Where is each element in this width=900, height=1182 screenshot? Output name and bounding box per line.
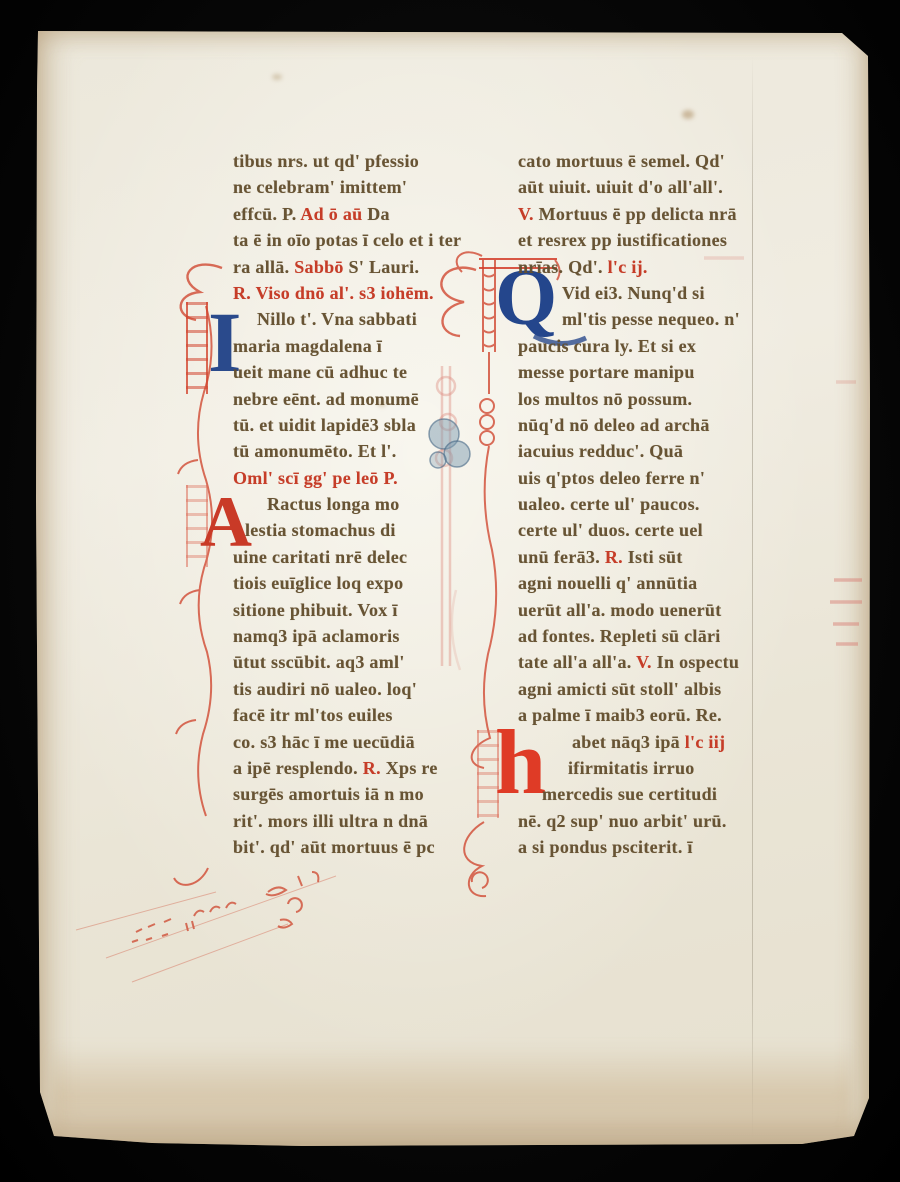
text-line: ūtut sscūbit. aq3 aml' — [233, 649, 478, 675]
body-text: Mortuus ē pp delicta nrā — [539, 204, 737, 224]
body-text: tis audiri nō ualeo. loq' — [233, 679, 417, 699]
text-line: messe portare manipu — [518, 359, 784, 385]
text-line: V. Mortuus ē pp delicta nrā — [518, 201, 784, 227]
red-pen-trial-marks — [132, 872, 318, 942]
text-line: et resrex pp iustificationes — [518, 227, 784, 253]
body-text: ta ē in oīo potas ī celo et i ter — [233, 230, 461, 250]
stain-spot — [272, 74, 282, 80]
text-line: lestia stomachus di — [233, 517, 478, 543]
body-text: unū ferā3. — [518, 547, 605, 567]
rubric-text: l'c ij. — [608, 257, 648, 277]
text-line: a palme ī maib3 eorū. Re. — [518, 702, 784, 728]
text-line: iacuius redduc'. Quā — [518, 438, 784, 464]
body-text: co. s3 hāc ī me uecūdiā — [233, 732, 415, 752]
body-text: lestia stomachus di — [245, 520, 396, 540]
body-text: nūq'd nō deleo ad archā — [518, 415, 710, 435]
text-line: Oml' scī gg' pe leō P. — [233, 465, 478, 491]
text-line: ml'tis pesse nequeo. n' — [518, 306, 784, 332]
rubric-text: V. — [636, 652, 657, 672]
text-line: R. Viso dnō al'. s3 iohēm. — [233, 280, 478, 306]
text-column-left: tibus nrs. ut qd' pfessione celebram' im… — [233, 148, 478, 861]
text-line: Vid ei3. Nunq'd si — [518, 280, 784, 306]
body-text: ne celebram' imittem' — [233, 177, 407, 197]
body-text: ml'tis pesse nequeo. n' — [562, 309, 740, 329]
text-line: a si pondus psciterit. ī — [518, 834, 784, 860]
bottom-stain — [52, 1044, 852, 1136]
body-text: nē. q2 sup' nuo arbit' urū. — [518, 811, 727, 831]
body-text: a si pondus psciterit. ī — [518, 837, 693, 857]
text-line: rit'. mors illi ultra n dnā — [233, 808, 478, 834]
body-text: ra allā. — [233, 257, 294, 277]
rubric-text: Sabbō — [294, 257, 348, 277]
text-line: ta ē in oīo potas ī celo et i ter — [233, 227, 478, 253]
text-line: ueit mane cū adhuc te — [233, 359, 478, 385]
body-text: agni nouelli q' annūtia — [518, 573, 697, 593]
body-text: ueit mane cū adhuc te — [233, 362, 407, 382]
body-text: agni amicti sūt stoll' albis — [518, 679, 721, 699]
text-line: nē. q2 sup' nuo arbit' urū. — [518, 808, 784, 834]
text-line: tū amonumēto. Et l'. — [233, 438, 478, 464]
rubric-text: l'c iij — [685, 732, 726, 752]
text-line: surgēs amortuis iā n mo — [233, 781, 478, 807]
body-text: tibus nrs. ut qd' pfessio — [233, 151, 419, 171]
text-line: bit'. qd' aūt mortuus ē pc — [233, 834, 478, 860]
stain-spot — [682, 110, 694, 119]
body-text: et resrex pp iustificationes — [518, 230, 727, 250]
text-line: namq3 ipā aclamoris — [233, 623, 478, 649]
text-line: aūt uiuit. uiuit d'o all'all'. — [518, 174, 784, 200]
text-line: uis q'ptos deleo ferre n' — [518, 465, 784, 491]
text-line: nebre eēnt. ad monumē — [233, 386, 478, 412]
text-line: Ractus longa mo — [233, 491, 478, 517]
body-text: Vid ei3. Nunq'd si — [562, 283, 705, 303]
text-line: tate all'a all'a. V. In ospectu — [518, 649, 784, 675]
body-text: uine caritati nrē delec — [233, 547, 407, 567]
text-line: effcū. P. Ad ō aū Da — [233, 201, 478, 227]
text-column-right: cato mortuus ē semel. Qd'aūt uiuit. uiui… — [518, 148, 784, 861]
body-text: aūt uiuit. uiuit d'o all'all'. — [518, 177, 723, 197]
body-text: ifirmitatis irruo — [568, 758, 695, 778]
text-line: maria magdalena ī — [233, 333, 478, 359]
body-text: surgēs amortuis iā n mo — [233, 784, 424, 804]
text-line: co. s3 hāc ī me uecūdiā — [233, 729, 478, 755]
text-line: ne celebram' imittem' — [233, 174, 478, 200]
body-text: ūtut sscūbit. aq3 aml' — [233, 652, 405, 672]
body-text: tate all'a all'a. — [518, 652, 636, 672]
text-line: uerūt all'a. modo uenerūt — [518, 597, 784, 623]
text-line: paucis cura ly. Et si ex — [518, 333, 784, 359]
body-text: facē itr ml'tos euiles — [233, 705, 393, 725]
body-text: sitione phibuit. Vox ī — [233, 600, 398, 620]
red-hairlines — [76, 876, 336, 982]
body-text: Nillo t'. Vna sabbati — [257, 309, 417, 329]
penwork-ladder — [186, 302, 208, 394]
rubric-text: Ad ō aū — [300, 204, 367, 224]
text-line: ualeo. certe ul' paucos. — [518, 491, 784, 517]
body-text: certe ul' duos. certe uel — [518, 520, 703, 540]
body-text: tū. et uidit lapidē3 sbla — [233, 415, 416, 435]
text-line: ifirmitatis irruo — [518, 755, 784, 781]
body-text: iacuius redduc'. Quā — [518, 441, 683, 461]
text-line: sitione phibuit. Vox ī — [233, 597, 478, 623]
rubric-text: R. — [363, 758, 386, 778]
text-line: uine caritati nrē delec — [233, 544, 478, 570]
body-text: S' Lauri. — [349, 257, 420, 277]
rubric-text: Oml' scī gg' pe leō P. — [233, 468, 398, 488]
body-text: In ospectu — [657, 652, 740, 672]
rubric-text: R. Viso dnō al'. s3 iohēm. — [233, 283, 434, 303]
body-text: Da — [367, 204, 390, 224]
text-line: tibus nrs. ut qd' pfessio — [233, 148, 478, 174]
body-text: rit'. mors illi ultra n dnā — [233, 811, 428, 831]
body-text: tū amonumēto. Et l'. — [233, 441, 397, 461]
rubric-text: R. — [605, 547, 628, 567]
text-line: Nillo t'. Vna sabbati — [233, 306, 478, 332]
text-line: abet nāq3 ipā l'c iij — [518, 729, 784, 755]
body-text: namq3 ipā aclamoris — [233, 626, 400, 646]
text-line: los multos nō possum. — [518, 386, 784, 412]
body-text: Isti sūt — [628, 547, 683, 567]
body-text: cato mortuus ē semel. Qd' — [518, 151, 725, 171]
body-text: bit'. qd' aūt mortuus ē pc — [233, 837, 435, 857]
body-text: Xps re — [386, 758, 438, 778]
body-text: mercedis sue certitudi — [542, 784, 717, 804]
body-text: nebre eēnt. ad monumē — [233, 389, 419, 409]
rubric-text: V. — [518, 204, 539, 224]
body-text: messe portare manipu — [518, 362, 695, 382]
body-text: maria magdalena ī — [233, 336, 382, 356]
text-line: tū. et uidit lapidē3 sbla — [233, 412, 478, 438]
body-text: Ractus longa mo — [267, 494, 400, 514]
body-text: ad fontes. Repleti sū clāri — [518, 626, 721, 646]
body-text: abet nāq3 ipā — [572, 732, 685, 752]
body-text: a ipē resplendo. — [233, 758, 363, 778]
body-text: nrīas. Qd'. — [518, 257, 608, 277]
text-line: nrīas. Qd'. l'c ij. — [518, 254, 784, 280]
body-text: tiois euīglice loq expo — [233, 573, 403, 593]
text-line: ra allā. Sabbō S' Lauri. — [233, 254, 478, 280]
text-line: facē itr ml'tos euiles — [233, 702, 478, 728]
text-line: a ipē resplendo. R. Xps re — [233, 755, 478, 781]
manuscript-leaf: I A Q h tibus nrs. ut qd' pfessione cele… — [36, 30, 870, 1146]
text-line: agni nouelli q' annūtia — [518, 570, 784, 596]
text-line: agni amicti sūt stoll' albis — [518, 676, 784, 702]
text-line: unū ferā3. R. Isti sūt — [518, 544, 784, 570]
body-text: paucis cura ly. Et si ex — [518, 336, 696, 356]
body-text: uis q'ptos deleo ferre n' — [518, 468, 705, 488]
photo-background: I A Q h tibus nrs. ut qd' pfessione cele… — [0, 0, 900, 1182]
body-text: a palme ī maib3 eorū. Re. — [518, 705, 722, 725]
text-line: ad fontes. Repleti sū clāri — [518, 623, 784, 649]
body-text: ualeo. certe ul' paucos. — [518, 494, 700, 514]
body-text: effcū. P. — [233, 204, 300, 224]
text-line: mercedis sue certitudi — [518, 781, 784, 807]
text-line: certe ul' duos. certe uel — [518, 517, 784, 543]
text-line: cato mortuus ē semel. Qd' — [518, 148, 784, 174]
text-line: tis audiri nō ualeo. loq' — [233, 676, 478, 702]
body-text: uerūt all'a. modo uenerūt — [518, 600, 722, 620]
body-text: los multos nō possum. — [518, 389, 692, 409]
text-line: tiois euīglice loq expo — [233, 570, 478, 596]
text-line: nūq'd nō deleo ad archā — [518, 412, 784, 438]
